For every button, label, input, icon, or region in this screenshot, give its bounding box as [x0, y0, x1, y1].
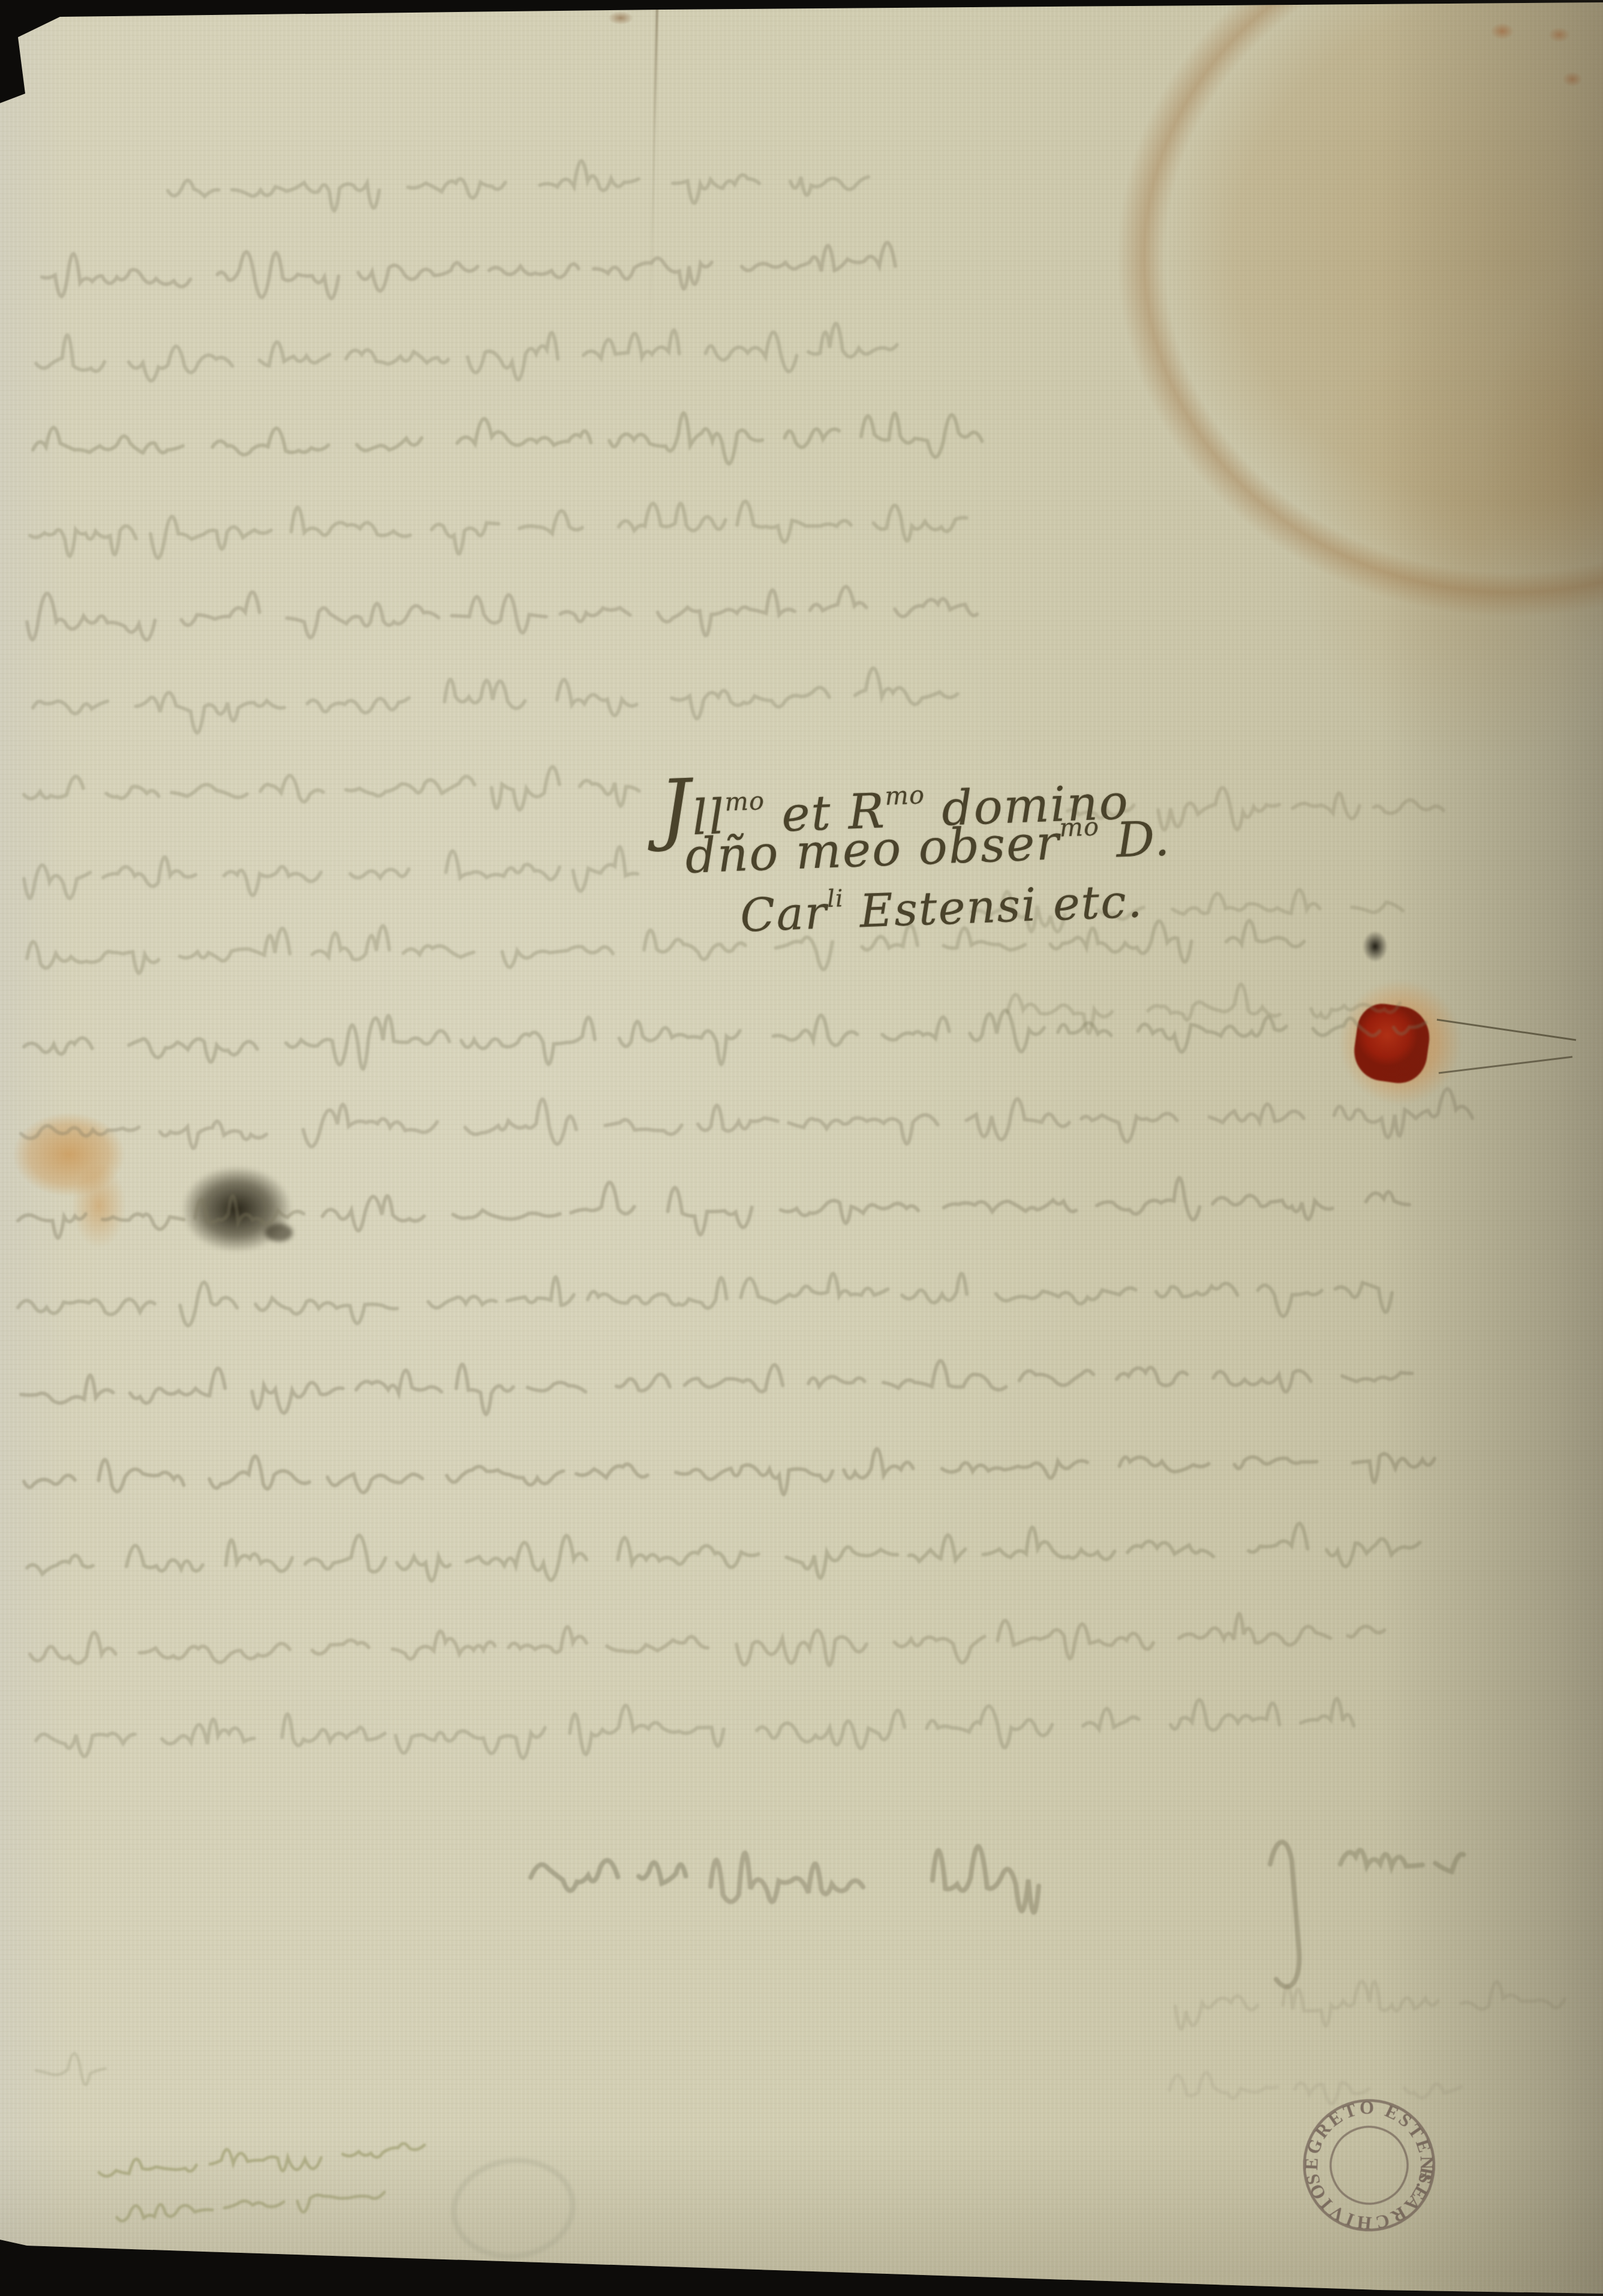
manuscript-photo: Jllmo et Rmo domino dño meo obsermo D. C…: [0, 0, 1603, 2296]
archive-stamp: SEGRETO ESTENSE R. ARCHIVIO: [1274, 2070, 1464, 2261]
fold-crease: [649, 6, 658, 330]
ink-blot: [169, 1156, 292, 1252]
embossed-stamp-ring: [444, 2150, 582, 2267]
letter-page: Jllmo et Rmo domino dño meo obsermo D. C…: [0, 0, 1603, 2296]
address-line-3: Carli Estensi etc.: [739, 876, 1144, 939]
bleedthrough-writing: [0, 0, 1603, 2296]
ink-speck: [1363, 931, 1388, 962]
